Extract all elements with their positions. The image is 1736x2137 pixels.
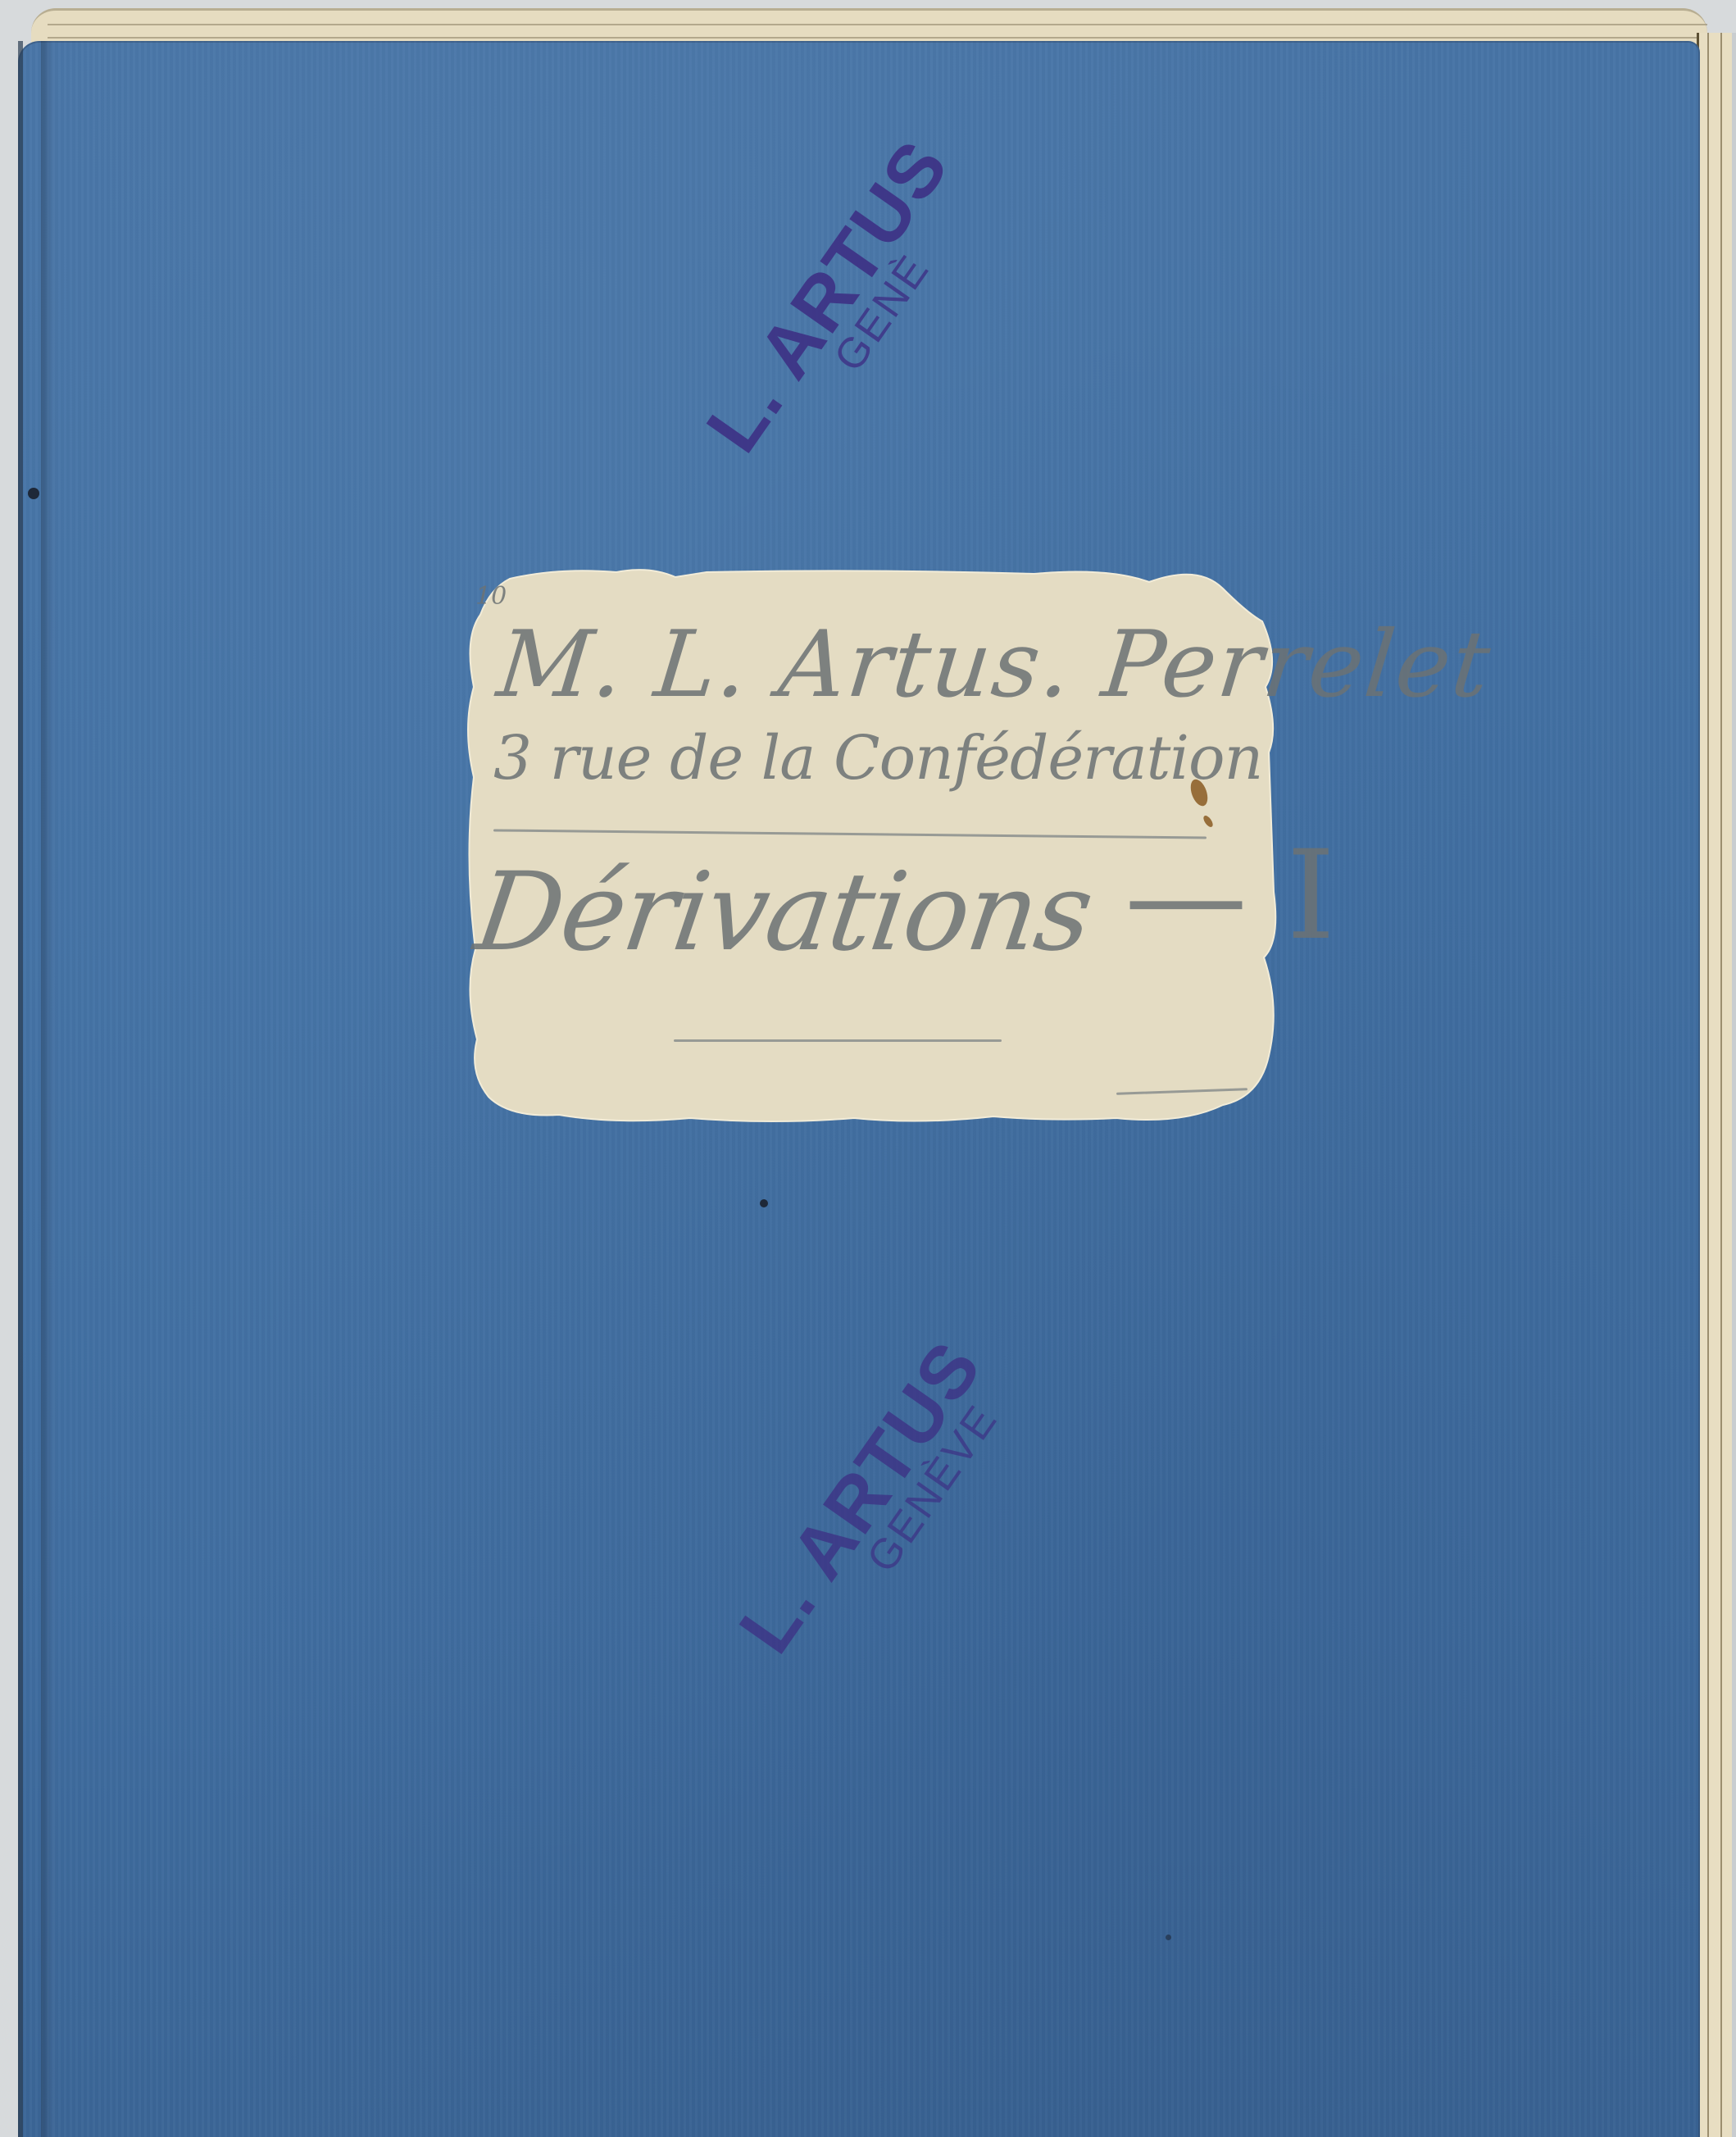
spine-edge: [18, 41, 23, 2137]
spine-crease: [41, 41, 59, 2137]
label-subject: Dérivations: [468, 849, 1099, 975]
ink-speck: [1166, 1935, 1171, 1940]
pencil-underline: [674, 1039, 1002, 1042]
ink-speck: [760, 1199, 768, 1207]
label-number: 10: [475, 582, 507, 611]
staple-mark: [28, 488, 39, 499]
page-stack-right-edge: [1697, 33, 1732, 2137]
label-owner-name: M. L. Artus. Perrelet: [493, 612, 1496, 718]
label-address: 3 rue de la Confédération: [493, 723, 1262, 793]
label-volume: — I: [1125, 825, 1335, 967]
cover-label: 10 M. L. Artus. Perrelet 3 rue de la Con…: [461, 564, 1280, 1125]
